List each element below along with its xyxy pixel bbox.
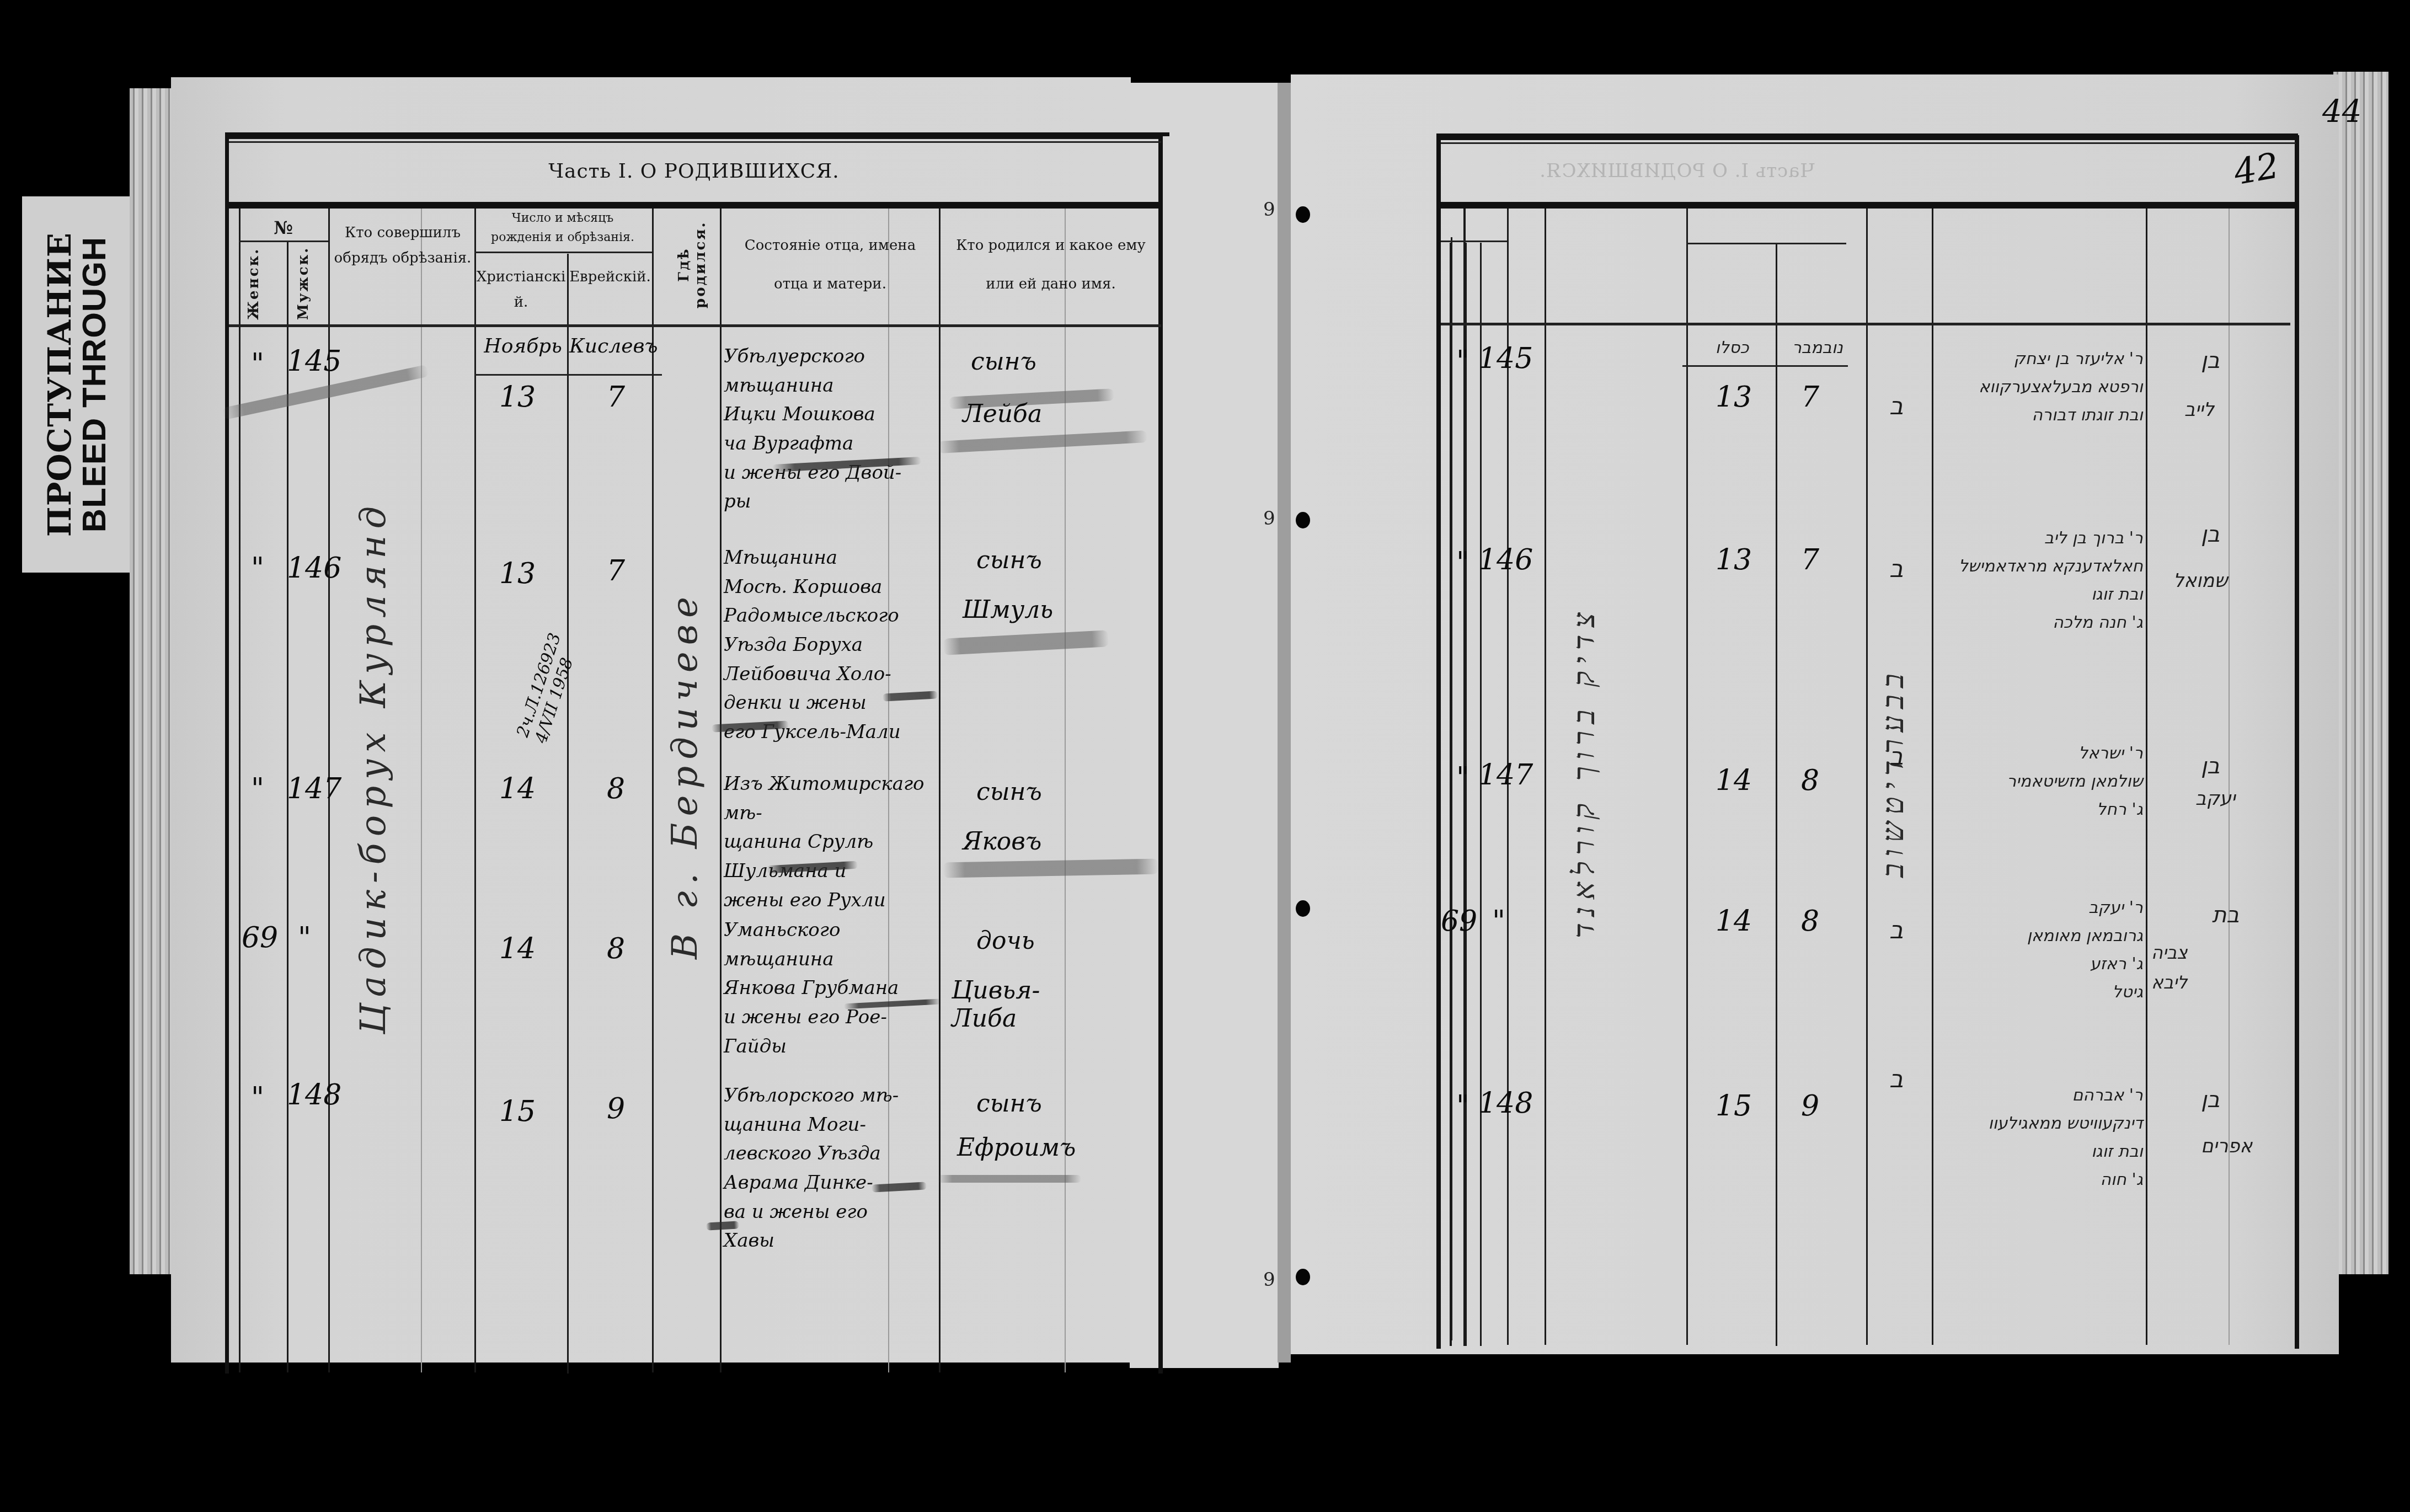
right-top-rule <box>1436 133 2298 140</box>
label-english: BLEED THROUGH <box>77 232 111 537</box>
col-line-parents <box>720 209 722 1372</box>
r-record-female: " <box>1456 345 1469 378</box>
right-ghost-title: Часть I. О РОДИВШИХСЯ. <box>1522 160 1831 182</box>
r-record-child-name: אפרים <box>2201 1131 2252 1163</box>
record-child-name: Шмуль <box>963 596 1053 624</box>
left-top-rule <box>225 132 1163 139</box>
r-record-parents: ר' אליעזר בן יצחקורפטא מבעלאצערקוואובת ז… <box>1933 345 2143 429</box>
right-month-right: נובמבר <box>1779 334 1856 362</box>
r-record-day-b: 8 <box>1801 764 1819 797</box>
record-parents: УбѣлуерскогомѣщанинаИцки Мошковача Вурга… <box>724 342 939 516</box>
record-christian-day: 14 <box>499 932 536 965</box>
record-female-number: 69 <box>242 921 278 954</box>
r-record-male: 146 <box>1478 543 1533 576</box>
r-record-day-b: 7 <box>1801 543 1819 576</box>
binding-hole-bottom <box>1296 1269 1310 1285</box>
r-record-male: 147 <box>1478 758 1533 792</box>
pencil-mark <box>938 1175 1081 1183</box>
right-performer-vertical: צדיק ברוך קורלאנד <box>1567 386 1601 1158</box>
record-child-sex: дочь <box>976 927 1035 955</box>
col-line-male <box>287 242 288 1372</box>
record-jewish-day: 7 <box>607 554 625 587</box>
r-record-day-a: 15 <box>1716 1089 1752 1123</box>
r-record-day-a: 13 <box>1716 381 1752 414</box>
right-line-parents-end <box>2146 209 2147 1345</box>
left-top-rule-thin <box>229 141 1161 143</box>
r-record-female: " <box>1456 1089 1469 1123</box>
month-christian: Ноябрь <box>479 331 567 362</box>
right-header-rule <box>1441 202 2296 209</box>
r-record-male: " <box>1492 905 1505 938</box>
record-male-number: 147 <box>287 772 341 805</box>
record-child-name: Цивья-Либа <box>952 976 1040 1033</box>
header-performer: Кто совершилъ обрядъ обрѣзанія. <box>334 221 472 271</box>
month-jewish: Кислевъ <box>569 331 652 362</box>
r-record-male: 148 <box>1478 1087 1533 1120</box>
right-col-number-split <box>1480 243 1482 1346</box>
record-jewish-day: 7 <box>607 381 625 414</box>
r-record-day-a: 13 <box>1716 543 1752 576</box>
record-male-number: 145 <box>287 345 328 378</box>
month-underline <box>474 374 662 376</box>
birthplace-vertical-note: В г. Бердичеве <box>665 348 706 1203</box>
record-child-sex: сынъ <box>971 348 1036 376</box>
header-bottom-rule <box>229 324 1161 327</box>
label-russian: ПРОСТУПАНИЕ <box>43 232 77 537</box>
r-record-child-name: יעקב <box>2195 783 2236 815</box>
r-record-child: בן <box>2201 342 2220 380</box>
r-record-day-b: 9 <box>1801 1089 1819 1123</box>
binding-hole-upper <box>1296 512 1310 528</box>
right-month-left: כסלו <box>1693 334 1771 362</box>
right-month-underline <box>1682 365 1848 367</box>
right-line-child-mid <box>2229 209 2230 1345</box>
record-child-sex: сынъ <box>976 778 1042 806</box>
record-female-mark: " <box>251 552 264 585</box>
right-line-date-c <box>1866 209 1868 1345</box>
record-male-number: 148 <box>287 1078 341 1112</box>
right-line-date-mid <box>1776 243 1777 1346</box>
r-record-child: בן <box>2201 516 2220 553</box>
record-male-number: 146 <box>287 552 341 585</box>
r-record-parents: ר' יעקבגרובמאן מאומאןג' ראזעגיטל <box>1933 894 2143 1006</box>
record-jewish-day: 8 <box>607 772 625 805</box>
header-christian: Христіанскій. <box>475 265 567 315</box>
record-jewish-day: 8 <box>607 932 625 965</box>
r-record-parents: ר' ישראלשולמאן מזשיטאמירג' רחל <box>1933 739 2143 824</box>
r-record-mark: ב <box>1889 386 1903 428</box>
left-header-rule <box>229 202 1161 209</box>
r-record-child-name: שמואל <box>2173 565 2228 597</box>
record-christian-day: 14 <box>499 772 536 805</box>
r-record-child: בת <box>2212 896 2239 934</box>
r-record-male: 145 <box>1478 342 1533 375</box>
right-frame-left-edge <box>1436 135 1441 1349</box>
record-parents: УманьскогомѣщанинаЯнкова Грубманаи жены … <box>724 916 939 1061</box>
r-record-female: 69 <box>1441 905 1477 938</box>
header-parents: Состояніе отца, имена отца и матери. <box>725 226 935 303</box>
right-no-subrule <box>1441 241 1507 242</box>
record-christian-day: 13 <box>499 381 536 414</box>
right-header-bottom <box>1441 323 2290 325</box>
r-record-day-b: 8 <box>1801 905 1819 938</box>
record-child-sex: сынъ <box>976 1089 1042 1118</box>
right-line-date-b <box>1686 209 1688 1345</box>
r-record-parents: ר' אברהםדינקעוויטש ממאגילעווובת זוגוג' ח… <box>1933 1081 2143 1194</box>
header-date-group: Число и мѣсяцъ рожденія и обрѣзанія. <box>480 209 645 247</box>
record-child-sex: сынъ <box>976 546 1042 574</box>
record-parents: Изъ Житомирскаго мѣ-щанина СрулѣШульмана… <box>724 770 939 915</box>
r-record-mark: ב <box>1889 910 1903 952</box>
book-gutter <box>1278 83 1291 1363</box>
col-line-jewish <box>567 254 569 1374</box>
performer-vertical-note: Цадик-борух Курлянд <box>353 353 394 1180</box>
right-page-edge-stack <box>2333 72 2388 1274</box>
r-record-day-a: 14 <box>1716 764 1752 797</box>
record-child-name: Ефроимъ <box>957 1134 1076 1162</box>
header-jewish: Еврейскій. <box>569 265 651 290</box>
r-record-child-name: צביה ליבא <box>2151 938 2188 998</box>
header-male: Мужск. <box>295 251 312 320</box>
r-record-day-a: 14 <box>1716 905 1752 938</box>
left-page-title: Часть I. О РОДИВШИХСЯ. <box>225 160 1163 183</box>
record-parents: Убѣлорского мѣ-щанина Моги-левского Уѣзд… <box>724 1081 939 1255</box>
r-record-child: בן <box>2201 747 2220 785</box>
record-female-mark: " <box>251 348 264 381</box>
right-line-date-a <box>1545 209 1546 1345</box>
r-record-child: בן <box>2201 1081 2220 1119</box>
col-line-birthplace <box>652 209 654 1372</box>
binding-hole-middle <box>1296 900 1310 917</box>
record-female-mark: " <box>251 1081 264 1114</box>
record-male-mark: " <box>298 921 311 954</box>
right-line-num <box>1450 243 1452 1346</box>
right-top-rule-thin <box>1441 142 2296 144</box>
right-page-sheet <box>1291 74 2339 1354</box>
record-christian-day: 13 <box>499 557 536 590</box>
record-parents: МѣщанинаМосѣ. КоршоваРадомысельскогоУѣзд… <box>724 543 939 747</box>
r-record-child-name: לייב <box>2184 394 2214 426</box>
header-female: Женск. <box>245 251 262 320</box>
r-record-parents: ר' ברוך בן ליבחאלאדענקא מראדאמישלובת זוג… <box>1933 524 2143 637</box>
col-line-child <box>939 209 941 1372</box>
header-child: Кто родился и какое ему или ей дано имя. <box>943 226 1158 303</box>
gutter-mark-middle: 9 <box>1263 507 1275 530</box>
record-child-name: Яковъ <box>963 827 1041 856</box>
handwritten-page-number: 42 <box>2231 145 2282 193</box>
header-birthplace: Гдѣ родился. <box>676 210 709 320</box>
record-child-name: Лейба <box>963 400 1042 428</box>
gutter-mark-top: 9 <box>1263 199 1275 221</box>
record-jewish-day: 9 <box>607 1092 625 1125</box>
right-frame-right-edge <box>2295 135 2299 1349</box>
left-frame-right-edge <box>1158 132 1163 1374</box>
r-record-mark: ב <box>1889 1059 1903 1100</box>
header-number: № <box>239 212 328 243</box>
r-record-mark: ב <box>1889 736 1903 778</box>
gutter-mark-bottom: 9 <box>1263 1269 1275 1291</box>
col-line-child-mid <box>1065 209 1066 1372</box>
bleed-through-label-text: ПРОСТУПАНИЕ BLEED THROUGH <box>43 232 111 537</box>
record-female-mark: " <box>251 772 264 805</box>
binding-hole-top <box>1296 206 1310 223</box>
r-record-female: " <box>1456 546 1469 579</box>
col-line-performer-mid <box>421 209 422 1372</box>
col-line-christian <box>474 209 476 1372</box>
date-subrule <box>474 252 652 253</box>
record-christian-day: 15 <box>499 1095 536 1128</box>
r-record-female: " <box>1456 761 1469 794</box>
r-record-day-b: 7 <box>1801 381 1819 414</box>
right-date-subrule <box>1686 243 1846 244</box>
col-line-female <box>239 209 241 1372</box>
bleed-through-label: ПРОСТУПАНИЕ BLEED THROUGH <box>22 196 132 573</box>
stamped-folio-number: 44 <box>2322 94 2361 130</box>
r-record-mark: ב <box>1889 549 1903 590</box>
